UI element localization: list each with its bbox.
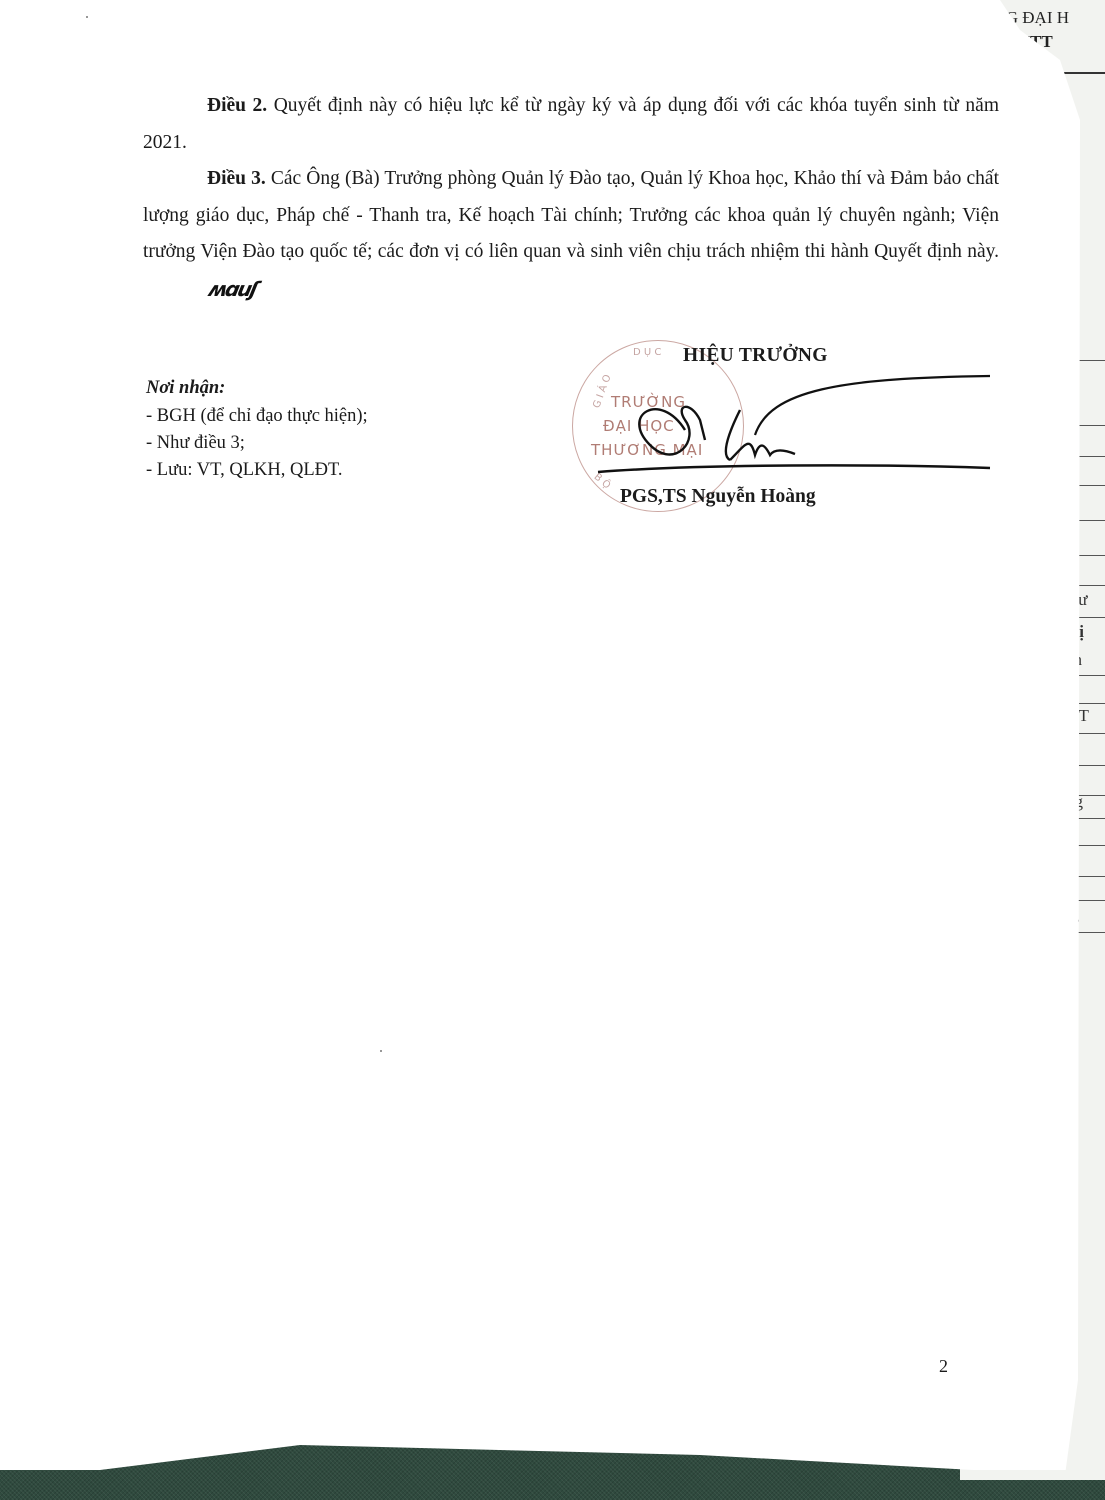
- recipient-item: - Lưu: VT, QLKH, QLĐT.: [146, 457, 368, 484]
- recipients-title: Nơi nhận:: [146, 375, 368, 402]
- signatory-name: PGS,TS Nguyễn Hoàng: [620, 486, 816, 508]
- article-3-label: Điều 3.: [207, 168, 266, 189]
- article-2-label: Điều 2.: [207, 95, 267, 116]
- document-page: Điều 2. Quyết định này có hiệu lực kể từ…: [0, 0, 1080, 1470]
- article-3-text: Các Ông (Bà) Trưởng phòng Quản lý Đào tạ…: [143, 168, 999, 262]
- article-2-text: Quyết định này có hiệu lực kể từ ngày ký…: [143, 95, 999, 153]
- recipients-block: Nơi nhận: - BGH (để chỉ đạo thực hiện); …: [146, 375, 368, 484]
- decision-articles: Điều 2. Quyết định này có hiệu lực kể từ…: [143, 88, 999, 309]
- handwritten-signature: [580, 360, 1000, 480]
- underlying-header-rule: [1060, 72, 1105, 74]
- stamp-ring-text: D Ụ C: [633, 347, 661, 358]
- recipient-item: - Như điều 3;: [146, 430, 368, 457]
- speck: [380, 1050, 382, 1052]
- article-3: Điều 3. Các Ông (Bà) Trưởng phòng Quản l…: [143, 161, 999, 309]
- recipient-item: - BGH (để chỉ đạo thực hiện);: [146, 403, 368, 430]
- signature-block: D Ụ C G I Á O B Ộ TRƯỜNG ĐẠI HỌC THƯƠNG …: [580, 340, 1000, 530]
- handwritten-initials: ʍɑuʃ: [141, 271, 260, 308]
- article-2: Điều 2. Quyết định này có hiệu lực kể từ…: [143, 88, 999, 161]
- page-number: 2: [939, 1356, 948, 1377]
- speck: [86, 16, 88, 18]
